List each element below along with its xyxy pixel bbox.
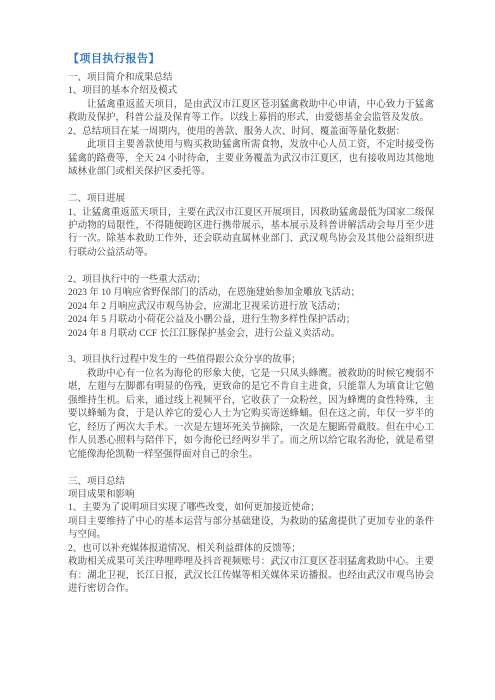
document-title: 【项目执行报告】 [68, 52, 434, 66]
paragraph: 2、也可以补充媒体报道情况、相关利益群体的反馈等； [68, 543, 434, 556]
blank-line [68, 462, 434, 475]
paragraph: 1、项目的基本介绍及模式 [68, 85, 434, 98]
paragraph: 1、让猛禽重返蓝天项目，主要在武汉市江夏区开展项目，因救助猛禽最低为国家二级保护… [68, 207, 434, 261]
paragraph: 2024 年 2 月响应武汉市观鸟协会，应湖北卫视采访进行放飞活动； [68, 301, 434, 314]
document-body: 一、项目简介和成果总结1、项目的基本介绍及模式让猛禽重返蓝天项目，是由武汉市江夏… [68, 72, 434, 597]
blank-line [68, 180, 434, 193]
document-page: 【项目执行报告】 一、项目简介和成果总结1、项目的基本介绍及模式让猛禽重返蓝天项… [0, 0, 495, 700]
paragraph: 救助相关成果可关注哔哩哔哩及抖音视频账号：武汉市江夏区苍羽猛禽救助中心。主要有：… [68, 556, 434, 596]
paragraph: 救助中心有一位名为海伦的形象大使，它是一只凤头蜂鹰。被救助的时候它瘦弱不堪，左翅… [68, 368, 434, 462]
paragraph: 3、项目执行过程中发生的一些值得跟公众分享的故事； [68, 354, 434, 367]
paragraph: 2024 年 5 月联动小荷花公益及小鹏公益，进行生物多样性保护活动； [68, 314, 434, 327]
paragraph: 三、项目总结 [68, 476, 434, 489]
paragraph: 2、总结项目在某一周期内，使用的善款、服务人次、时间、覆盖面等量化数据： [68, 126, 434, 139]
blank-line [68, 341, 434, 354]
paragraph: 二、项目进展 [68, 193, 434, 206]
paragraph: 2024 年 8 月联动 CCF 长江江豚保护基金会，进行公益义卖活动。 [68, 328, 434, 341]
paragraph: 2、项目执行中的一些重大活动； [68, 274, 434, 287]
paragraph: 让猛禽重返蓝天项目，是由武汉市江夏区苍羽猛禽救助中心申请，中心致力于猛禽救助及保… [68, 99, 434, 126]
paragraph: 此项目主要善款使用与购买救助猛禽所需食物，发放中心人员工资，不定时接受伤猛禽的路… [68, 139, 434, 179]
paragraph: 项目主要维持了中心的基本运营与部分基础建设，为救助的猛禽提供了更加专业的条件与空… [68, 516, 434, 543]
paragraph: 2023 年 10 月响应省野保部门的活动，在恩施建始参加金雕放飞活动； [68, 287, 434, 300]
blank-line [68, 260, 434, 273]
paragraph: 一、项目简介和成果总结 [68, 72, 434, 85]
document-content: 【项目执行报告】 一、项目简介和成果总结1、项目的基本介绍及模式让猛禽重返蓝天项… [68, 52, 434, 597]
paragraph: 1、主要为了说明项目实现了哪些改变，如何更加接近使命； [68, 502, 434, 515]
paragraph: 项目成果和影响 [68, 489, 434, 502]
